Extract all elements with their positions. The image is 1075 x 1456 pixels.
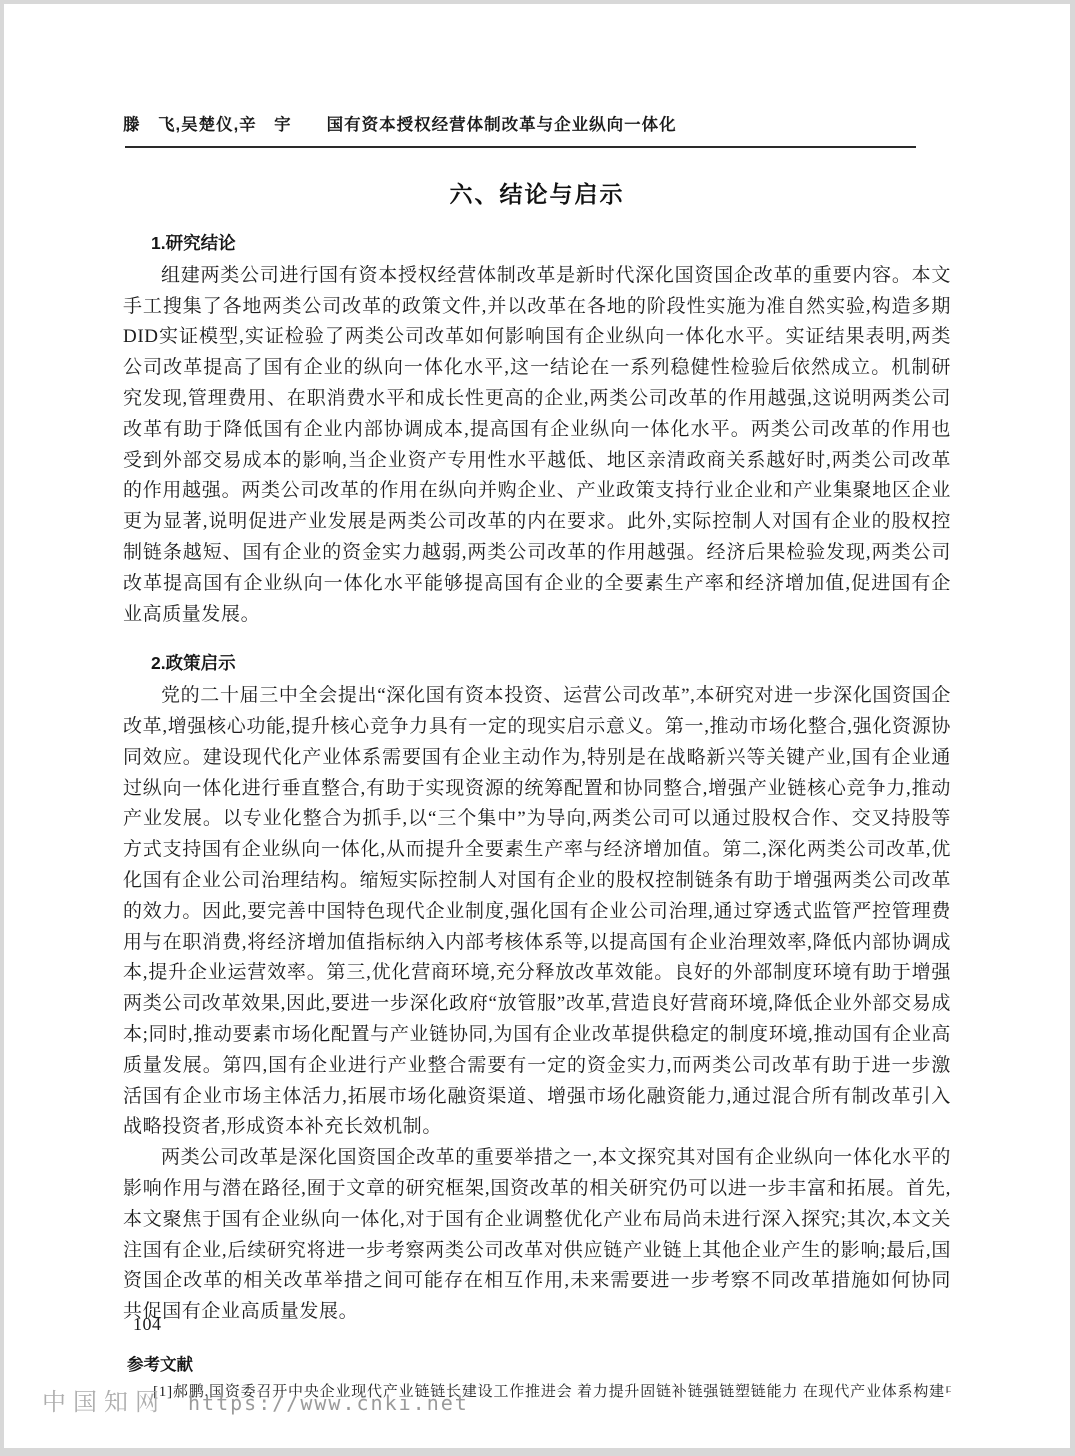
subsection-heading-2: 2.政策启示 [123,648,951,679]
running-header: 滕 飞,吴楚仪,辛 宇 国有资本授权经营体制改革与企业纵向一体化 [123,114,951,136]
document-page: 滕 飞,吴楚仪,辛 宇 国有资本授权经营体制改革与企业纵向一体化 六、结论与启示… [4,4,1070,1448]
cnki-watermark-url: https://www.cnki.net [188,1391,469,1415]
page-content: 滕 飞,吴楚仪,辛 宇 国有资本授权经营体制改革与企业纵向一体化 六、结论与启示… [4,4,1070,1403]
section-title: 六、结论与启示 [123,180,951,210]
page-number: 104 [133,1314,162,1335]
references-heading: 参考文献 [127,1354,951,1376]
subsection-heading-1: 1.研究结论 [123,228,951,259]
cnki-watermark: 中国知网 https://www.cnki.net [42,1382,469,1417]
cnki-watermark-chinese: 中国知网 [42,1382,166,1417]
paragraph-research-conclusions: 组建两类公司进行国有资本授权经营体制改革是新时代深化国资国企改革的重要内容。本文… [123,261,951,631]
paragraph-policy-implications: 党的二十届三中全会提出“深化国有资本投资、运营公司改革”,本研究对进一步深化国资… [123,681,951,1143]
paragraph-limitations-outlook: 两类公司改革是深化国资国企改革的重要举措之一,本文探究其对国有企业纵向一体化水平… [123,1143,951,1328]
header-rule [125,146,916,148]
